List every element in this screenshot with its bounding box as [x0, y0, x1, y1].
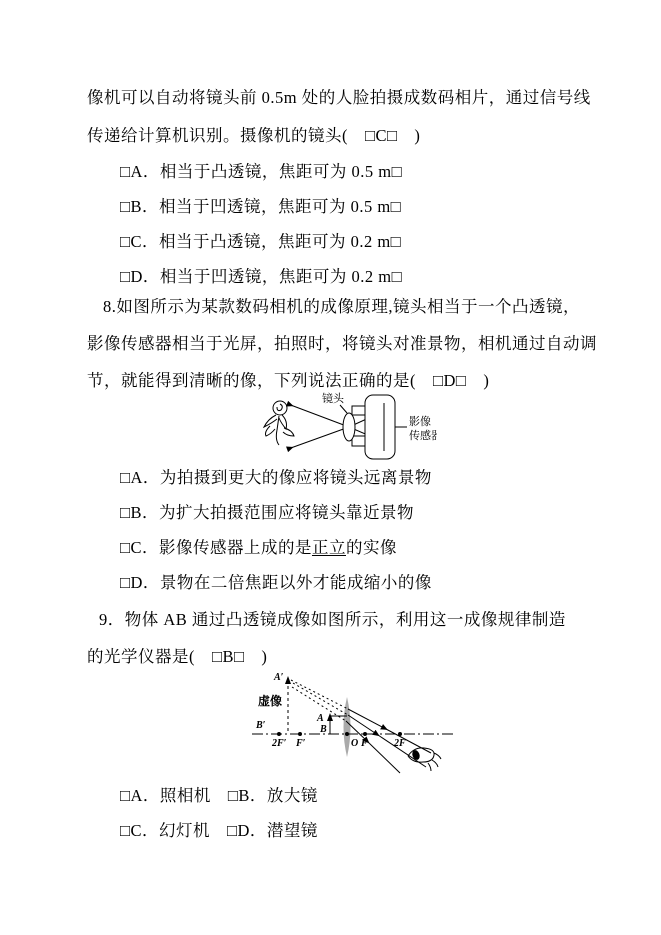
- q7-option-b: □B．相当于凹透镜，焦距可为 0.5 m□: [120, 197, 401, 217]
- q7-continuation-line-2: 传递给计算机识别。摄像机的镜头( □C□ ): [87, 126, 420, 146]
- q7-option-d: □D．相当于凹透镜，焦距可为 0.2 m□: [120, 267, 402, 287]
- q8-option-c-underlined: 正立: [312, 538, 346, 557]
- axis-label-f-left: F′: [295, 738, 306, 749]
- q9-options-row-2: □C．幻灯机 □D．潜望镜: [120, 821, 318, 841]
- q8-stem-line-2: 影像传感器相当于光屏，拍照时，将镜头对准景物，相机通过自动调: [87, 334, 597, 354]
- q8-option-d: □D．景物在二倍焦距以外才能成缩小的像: [120, 573, 432, 593]
- q8-option-c-pre: □C．影像传感器上成的是: [120, 538, 312, 557]
- q9-options-row-1: □A．照相机 □B．放大镜: [120, 786, 318, 806]
- camera-body: [365, 395, 395, 459]
- virtual-image: A′ B′ 虚像: [255, 672, 291, 734]
- axis-label-o: O: [351, 738, 358, 749]
- q8-option-b: □B．为扩大拍摄范围应将镜头靠近景物: [120, 503, 414, 523]
- refracted-rays: [346, 709, 431, 773]
- axis-label-2f-right: 2F: [393, 738, 406, 749]
- q7-option-c: □C．相当于凸透镜，焦距可为 0.2 m□: [120, 232, 401, 252]
- q8-stem-line-1: 8.如图所示为某款数码相机的成像原理,镜头相当于一个凸透镜，: [103, 297, 580, 317]
- image-label-a-prime: A′: [273, 672, 284, 683]
- camera-imaging-diagram: 镜头 影像 传感器: [252, 390, 437, 465]
- q8-option-c: □C．影像传感器上成的是正立的实像: [120, 538, 397, 558]
- q8-stem-line-3: 节，就能得到清晰的像，下列说法正确的是( □D□ ): [87, 371, 489, 391]
- object-label-b: B: [319, 724, 327, 735]
- q7-continuation-line-1: 像机可以自动将镜头前 0.5m 处的人脸拍摄成数码相片，通过信号线: [87, 88, 591, 108]
- axis-label-f-right: F: [360, 738, 368, 749]
- eye-icon: [408, 748, 441, 771]
- sensor-label-line2: 传感器: [409, 428, 437, 442]
- q9-stem-line-2: 的光学仪器是( □B□ ): [87, 647, 267, 667]
- convex-lens-shape: [344, 697, 351, 757]
- q9-stem-line-1: 9．物体 AB 通过凸透镜成像如图所示，利用这一成像规律制造: [99, 610, 566, 630]
- q7-option-a: □A．相当于凸透镜，焦距可为 0.5 m□: [120, 162, 402, 182]
- object-label-a: A: [316, 713, 324, 724]
- axis-label-2f-left: 2F′: [271, 738, 287, 749]
- q8-option-c-post: 的实像: [346, 538, 397, 557]
- sensor-label-line1: 影像: [409, 414, 431, 428]
- flower-object: [264, 401, 294, 445]
- lens-label: 镜头: [322, 391, 345, 405]
- lens-pointer-line: [340, 405, 347, 413]
- document-page: 像机可以自动将镜头前 0.5m 处的人脸拍摄成数码相片，通过信号线 传递给计算机…: [0, 0, 661, 935]
- image-label-b-prime: B′: [255, 720, 266, 731]
- virtual-image-label: 虚像: [258, 693, 282, 708]
- q8-option-a: □A．为拍摄到更大的像应将镜头远离景物: [120, 468, 432, 488]
- convex-lens-ray-diagram: 2F′ F′ O F 2F A B A′ B′ 虚像: [248, 669, 460, 781]
